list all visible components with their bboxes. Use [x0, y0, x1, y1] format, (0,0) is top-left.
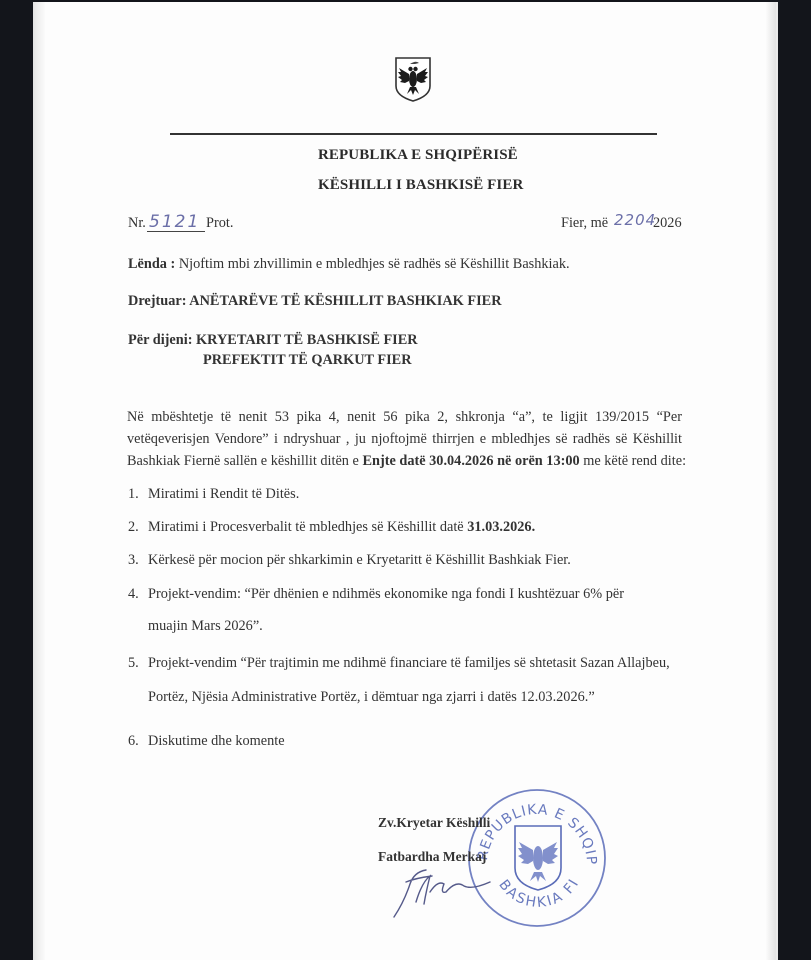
signatory-title: Zv.Kryetar Këshilli — [378, 815, 490, 831]
header-rule — [170, 133, 657, 135]
header-institution: KËSHILLI I BASHKISË FIER — [318, 177, 523, 194]
agenda-item-5: 5. Projekt-vendim “Për trajtimin me ndih… — [128, 655, 139, 672]
protocol-suffix: Prot. — [206, 215, 233, 232]
subject-label: Lënda : — [128, 256, 175, 272]
for-info-line1: Për dijeni: KRYETARIT TË BASHKISË FIER — [128, 332, 418, 349]
agenda-item-4: 4. Projekt-vendim: “Për dhënien e ndihmë… — [128, 586, 139, 603]
addressed-to-label: Drejtuar: — [128, 293, 187, 309]
place-date-year: 2026 — [653, 215, 682, 232]
body-paragraph: Në mbështetje të nenit 53 pika 4, nenit … — [127, 406, 682, 472]
meeting-datetime: Enjte datë 30.04.2026 në orën 13:00 — [362, 453, 579, 469]
body-line-2: vetëqeverisjen Vendore” i ndryshuar , ju… — [127, 428, 682, 450]
subject-line: Lënda : Njoftim mbi zhvillimin e mbledhj… — [128, 256, 570, 273]
page-edge-left — [35, 2, 45, 960]
body-line-3: Bashkiak Fiernë sallën e këshillit ditën… — [127, 450, 682, 472]
agenda-item-6: 6. Diskutime dhe komente — [128, 733, 139, 750]
agenda-item-1: 1. Miratimi i Rendit të Ditës. — [128, 486, 139, 503]
for-info-recipient-1: KRYETARIT TË BASHKISË FIER — [192, 332, 417, 348]
place-date-handwritten: 2204 — [614, 211, 656, 229]
for-info-label: Për dijeni: — [128, 332, 192, 348]
page-edge-right — [766, 2, 776, 960]
for-info-recipient-2: PREFEKTIT TË QARKUT FIER — [203, 352, 412, 369]
protocol-underline — [147, 231, 205, 232]
subject-text: Njoftim mbi zhvillimin e mbledhjes së ra… — [175, 256, 569, 272]
place-date-prefix: Fier, më — [561, 215, 608, 232]
addressed-to-line: Drejtuar: ANËTARËVE TË KËSHILLIT BASHKIA… — [128, 293, 502, 310]
addressed-to-text: ANËTARËVE TË KËSHILLIT BASHKIAK FIER — [187, 293, 502, 309]
protocol-prefix: Nr. — [128, 215, 146, 232]
protocol-number: 5121 — [149, 212, 200, 232]
agenda-item-3: 3. Kërkesë për mocion për shkarkimin e K… — [128, 552, 139, 569]
albanian-emblem-icon — [393, 56, 433, 102]
agenda-item-2: 2. Miratimi i Procesverbalit të mbledhje… — [128, 519, 139, 536]
header-country: REPUBLIKA E SHQIPËRISË — [318, 147, 518, 164]
handwritten-signature-icon — [386, 862, 496, 922]
body-line-1: Në mbështetje të nenit 53 pika 4, nenit … — [127, 406, 682, 428]
